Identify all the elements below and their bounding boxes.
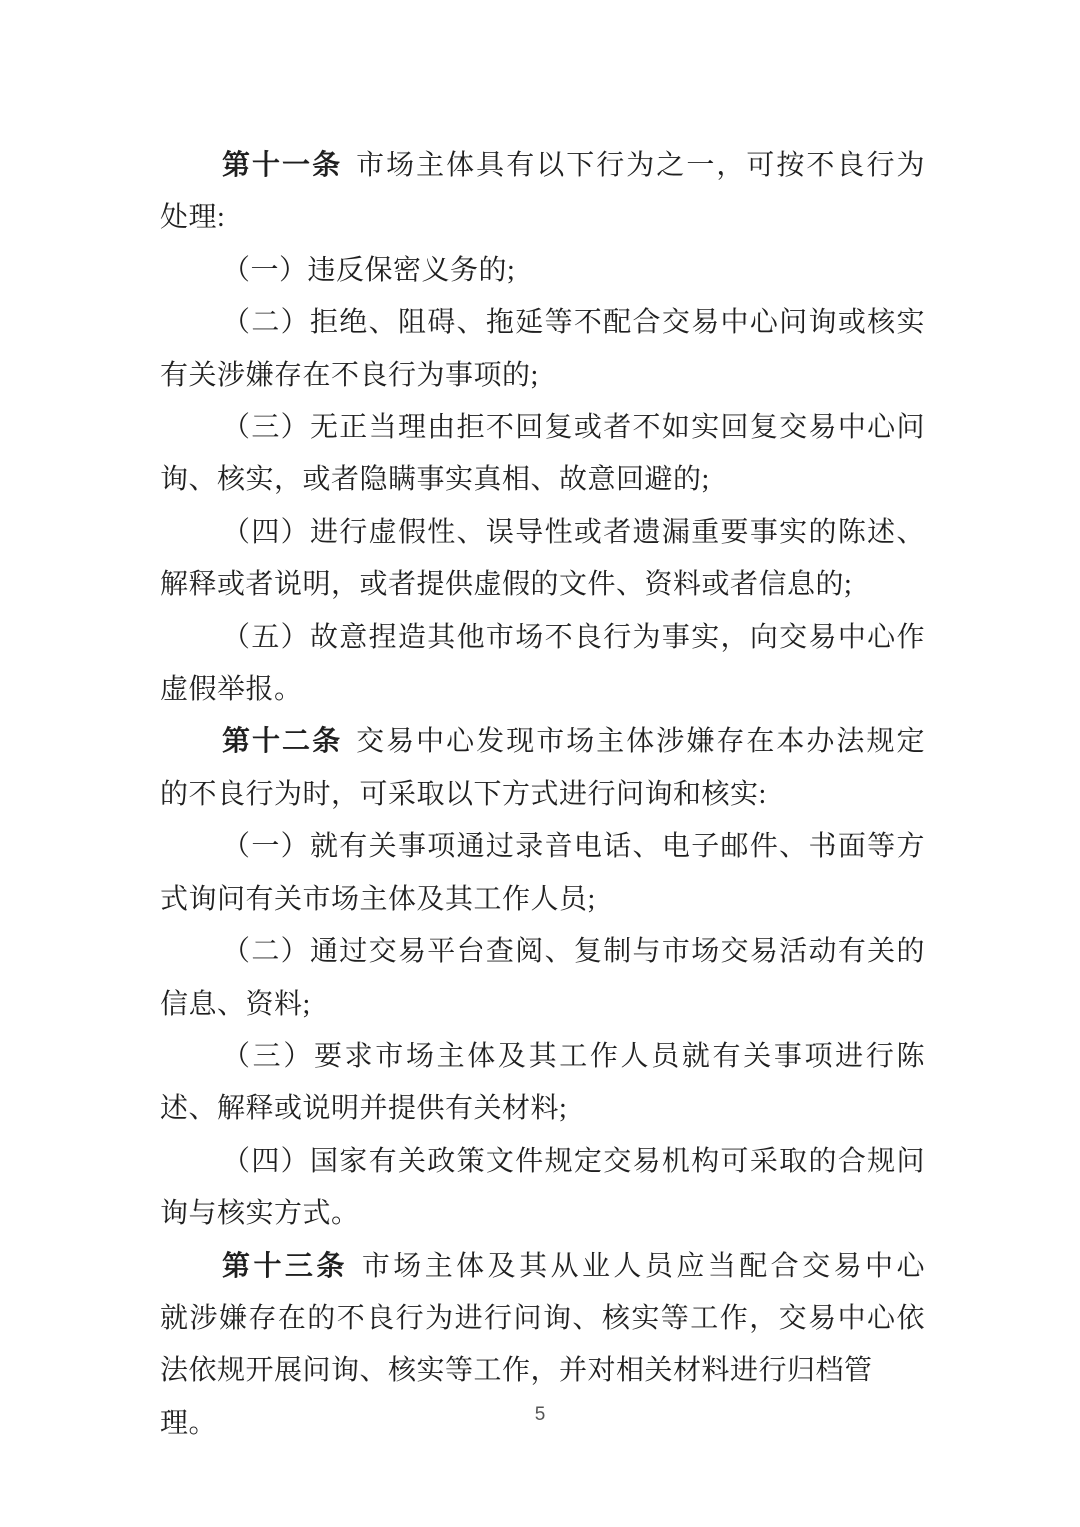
line-text: （二）通过交易平台查阅、复制与市场交易活动有关的	[222, 936, 925, 967]
text-line: 式询问有关市场主体及其工作人员;	[160, 874, 925, 926]
article-number: 第十一条	[222, 150, 342, 181]
text-line: 有关涉嫌存在不良行为事项的;	[160, 350, 925, 402]
text-line: （三）要求市场主体及其工作人员就有关事项进行陈	[160, 1031, 925, 1083]
line-text: （四）国家有关政策文件规定交易机构可采取的合规问	[222, 1146, 925, 1177]
text-line: （一）就有关事项通过录音电话、电子邮件、书面等方	[160, 821, 925, 873]
text-line: （五）故意捏造其他市场不良行为事实，向交易中心作	[160, 612, 925, 664]
line-text: （二）拒绝、阻碍、拖延等不配合交易中心问询或核实	[222, 307, 925, 338]
line-text: 虚假举报。	[160, 674, 303, 705]
article-number: 第十二条	[222, 726, 342, 757]
line-text: （四）进行虚假性、误导性或者遗漏重要事实的陈述、	[222, 517, 925, 548]
text-line: 处理:	[160, 192, 925, 244]
text-line: 就涉嫌存在的不良行为进行问询、核实等工作，交易中心依	[160, 1293, 925, 1345]
line-text: 交易中心发现市场主体涉嫌存在本办法规定	[356, 726, 925, 757]
text-line: 法依规开展问询、核实等工作，并对相关材料进行归档管理。	[160, 1345, 925, 1450]
text-line: （四）进行虚假性、误导性或者遗漏重要事实的陈述、	[160, 507, 925, 559]
line-text: 法依规开展问询、核实等工作，并对相关材料进行归档管理。	[160, 1355, 873, 1438]
text-line: 虚假举报。	[160, 664, 925, 716]
text-line: （四）国家有关政策文件规定交易机构可采取的合规问	[160, 1136, 925, 1188]
line-text: 信息、资料;	[160, 989, 311, 1020]
line-text: 有关涉嫌存在不良行为事项的;	[160, 360, 539, 391]
text-line: 信息、资料;	[160, 979, 925, 1031]
line-text: （三）要求市场主体及其工作人员就有关事项进行陈	[222, 1041, 925, 1072]
text-line: （二）拒绝、阻碍、拖延等不配合交易中心问询或核实	[160, 297, 925, 349]
article-line: 第十三条市场主体及其从业人员应当配合交易中心	[160, 1241, 925, 1293]
line-text: 询与核实方式。	[160, 1198, 360, 1229]
text-line: 述、解释或说明并提供有关材料;	[160, 1083, 925, 1135]
line-text: （一）就有关事项通过录音电话、电子邮件、书面等方	[222, 831, 925, 862]
article-line: 第十一条市场主体具有以下行为之一，可按不良行为	[160, 140, 925, 192]
article-line: 第十二条交易中心发现市场主体涉嫌存在本办法规定	[160, 716, 925, 768]
article-number: 第十三条	[222, 1251, 348, 1282]
line-text: 处理:	[160, 202, 225, 233]
text-line: 解释或者说明，或者提供虚假的文件、资料或者信息的;	[160, 559, 925, 611]
text-line: （二）通过交易平台查阅、复制与市场交易活动有关的	[160, 926, 925, 978]
line-text: 市场主体具有以下行为之一，可按不良行为	[356, 150, 925, 181]
line-text: 的不良行为时，可采取以下方式进行问询和核实:	[160, 779, 767, 810]
line-text: （三）无正当理由拒不回复或者不如实回复交易中心问	[222, 412, 925, 443]
text-line: （一）违反保密义务的;	[160, 245, 925, 297]
line-text: 述、解释或说明并提供有关材料;	[160, 1093, 567, 1124]
text-line: 的不良行为时，可采取以下方式进行问询和核实:	[160, 769, 925, 821]
line-text: 解释或者说明，或者提供虚假的文件、资料或者信息的;	[160, 569, 852, 600]
text-line: 询、核实，或者隐瞒事实真相、故意回避的;	[160, 454, 925, 506]
text-line: （三）无正当理由拒不回复或者不如实回复交易中心问	[160, 402, 925, 454]
line-text: 就涉嫌存在的不良行为进行问询、核实等工作，交易中心依	[160, 1303, 925, 1334]
line-text: 式询问有关市场主体及其工作人员;	[160, 884, 596, 915]
line-text: 市场主体及其从业人员应当配合交易中心	[362, 1251, 925, 1282]
text-line: 询与核实方式。	[160, 1188, 925, 1240]
document-lines: 第十一条市场主体具有以下行为之一，可按不良行为处理:（一）违反保密义务的;（二）…	[160, 140, 925, 1450]
line-text: 询、核实，或者隐瞒事实真相、故意回避的;	[160, 464, 710, 495]
line-text: （五）故意捏造其他市场不良行为事实，向交易中心作	[222, 622, 925, 653]
line-text: （一）违反保密义务的;	[222, 255, 515, 286]
page-number: 5	[0, 1404, 1080, 1426]
document-page: 第十一条市场主体具有以下行为之一，可按不良行为处理:（一）违反保密义务的;（二）…	[0, 0, 1080, 1527]
